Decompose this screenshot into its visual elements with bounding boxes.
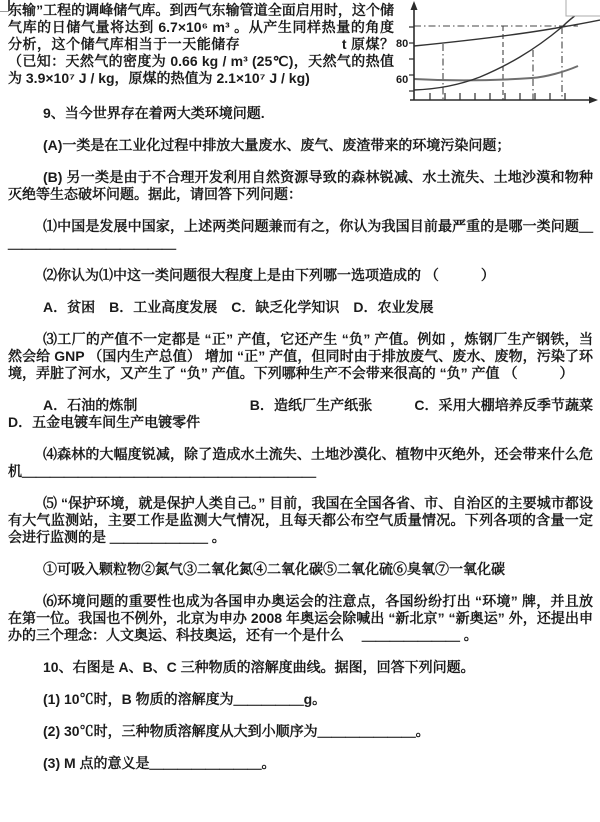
x-axis-ticks bbox=[430, 93, 565, 100]
q9-sub2-options: A．贫困 B．工业高度发展 C．缺乏化学知识 D．农业发展 bbox=[8, 299, 593, 316]
solubility-chart: 80 60 bbox=[394, 0, 600, 112]
scanned-exam-page: 80 60 东输”工程的调峰储气库。到西气东输管道全面启用时，这个储气库的日储气… bbox=[0, 0, 600, 822]
y-tick-label-60: 60 bbox=[396, 74, 408, 86]
curve-C bbox=[414, 66, 578, 80]
curve-A bbox=[414, 12, 580, 90]
q10-item1-blank: (1) 10℃时，B 物质的溶解度为＿＿＿＿＿g。 bbox=[8, 691, 593, 708]
scan-corner-artifact-box bbox=[566, 0, 600, 16]
q9-sub1-blank: ⑴中国是发展中国家，上述两类问题兼而有之，你认为我国目前最严重的是哪一类问题＿＿… bbox=[8, 218, 593, 252]
scan-edge-artifact-vertical bbox=[8, 0, 10, 11]
q10-item3-blank: (3) M 点的意义是＿＿＿＿＿＿＿＿。 bbox=[8, 755, 593, 772]
x-axis-arrow bbox=[589, 97, 598, 104]
q9-type-b: (B) 另一类是由于不合理开发利用自然资源导致的森林锐减、水土流失、土地沙漠和物… bbox=[8, 169, 593, 203]
q9-type-a: (A)一类是在工业化过程中排放大量废水、废气、废渣带来的环境污染问题； bbox=[8, 137, 593, 154]
q10-stem: 10、右图是 A、B、C 三种物质的溶解度曲线。据图，回答下列问题。 bbox=[8, 659, 593, 676]
q9-sub4-blank: ⑷森林的大幅度锐减，除了造成水土流失、土地沙漠化、植物中灭绝外，还会带来什么危机… bbox=[8, 446, 593, 480]
q9-sub5-question: ⑸ “保护环境，就是保护人类自己。” 目前，我国在全国各省、市、自治区的主要城市… bbox=[8, 495, 593, 546]
q10-item2-blank: (2) 30℃时，三种物质溶解度从大到小顺序为＿＿＿＿＿＿＿。 bbox=[8, 723, 593, 740]
scan-edge-artifact-horizontal bbox=[0, 11, 9, 12]
paragraph-gas-storage-problem: 东输”工程的调峰储气库。到西气东输管道全面启用时，这个储气库的日储气量将达到 6… bbox=[8, 2, 394, 87]
q9-sub2-question: ⑵你认为⑴中这一类问题很大程度上是由下列哪一选项造成的 （ ） bbox=[8, 267, 593, 284]
q9-sub3-question: ⑶工厂的产值不一定都是 “正” 产值，它还产生 “负” 产值。例如 ，炼钢厂生产… bbox=[8, 331, 593, 382]
q9-sub3-options: A．石油的炼制 B．造纸厂生产纸张 C．采用大棚培养反季节蔬菜 D．五金电镀车间… bbox=[8, 397, 593, 431]
q9-sub6-question: ⑹环境问题的重要性也成为各国申办奥运会的注意点，各国纷纷打出 “环境” 牌，并且… bbox=[8, 593, 593, 644]
q9-sub5-items: ①可吸入颗粒物②氮气③二氧化氮④二氧化碳⑤二氧化硫⑥臭氧⑦一氧化碳 bbox=[8, 561, 593, 578]
y-tick-label-80: 80 bbox=[396, 38, 408, 50]
curve-B bbox=[414, 20, 600, 46]
y-axis-arrow bbox=[411, 1, 418, 10]
